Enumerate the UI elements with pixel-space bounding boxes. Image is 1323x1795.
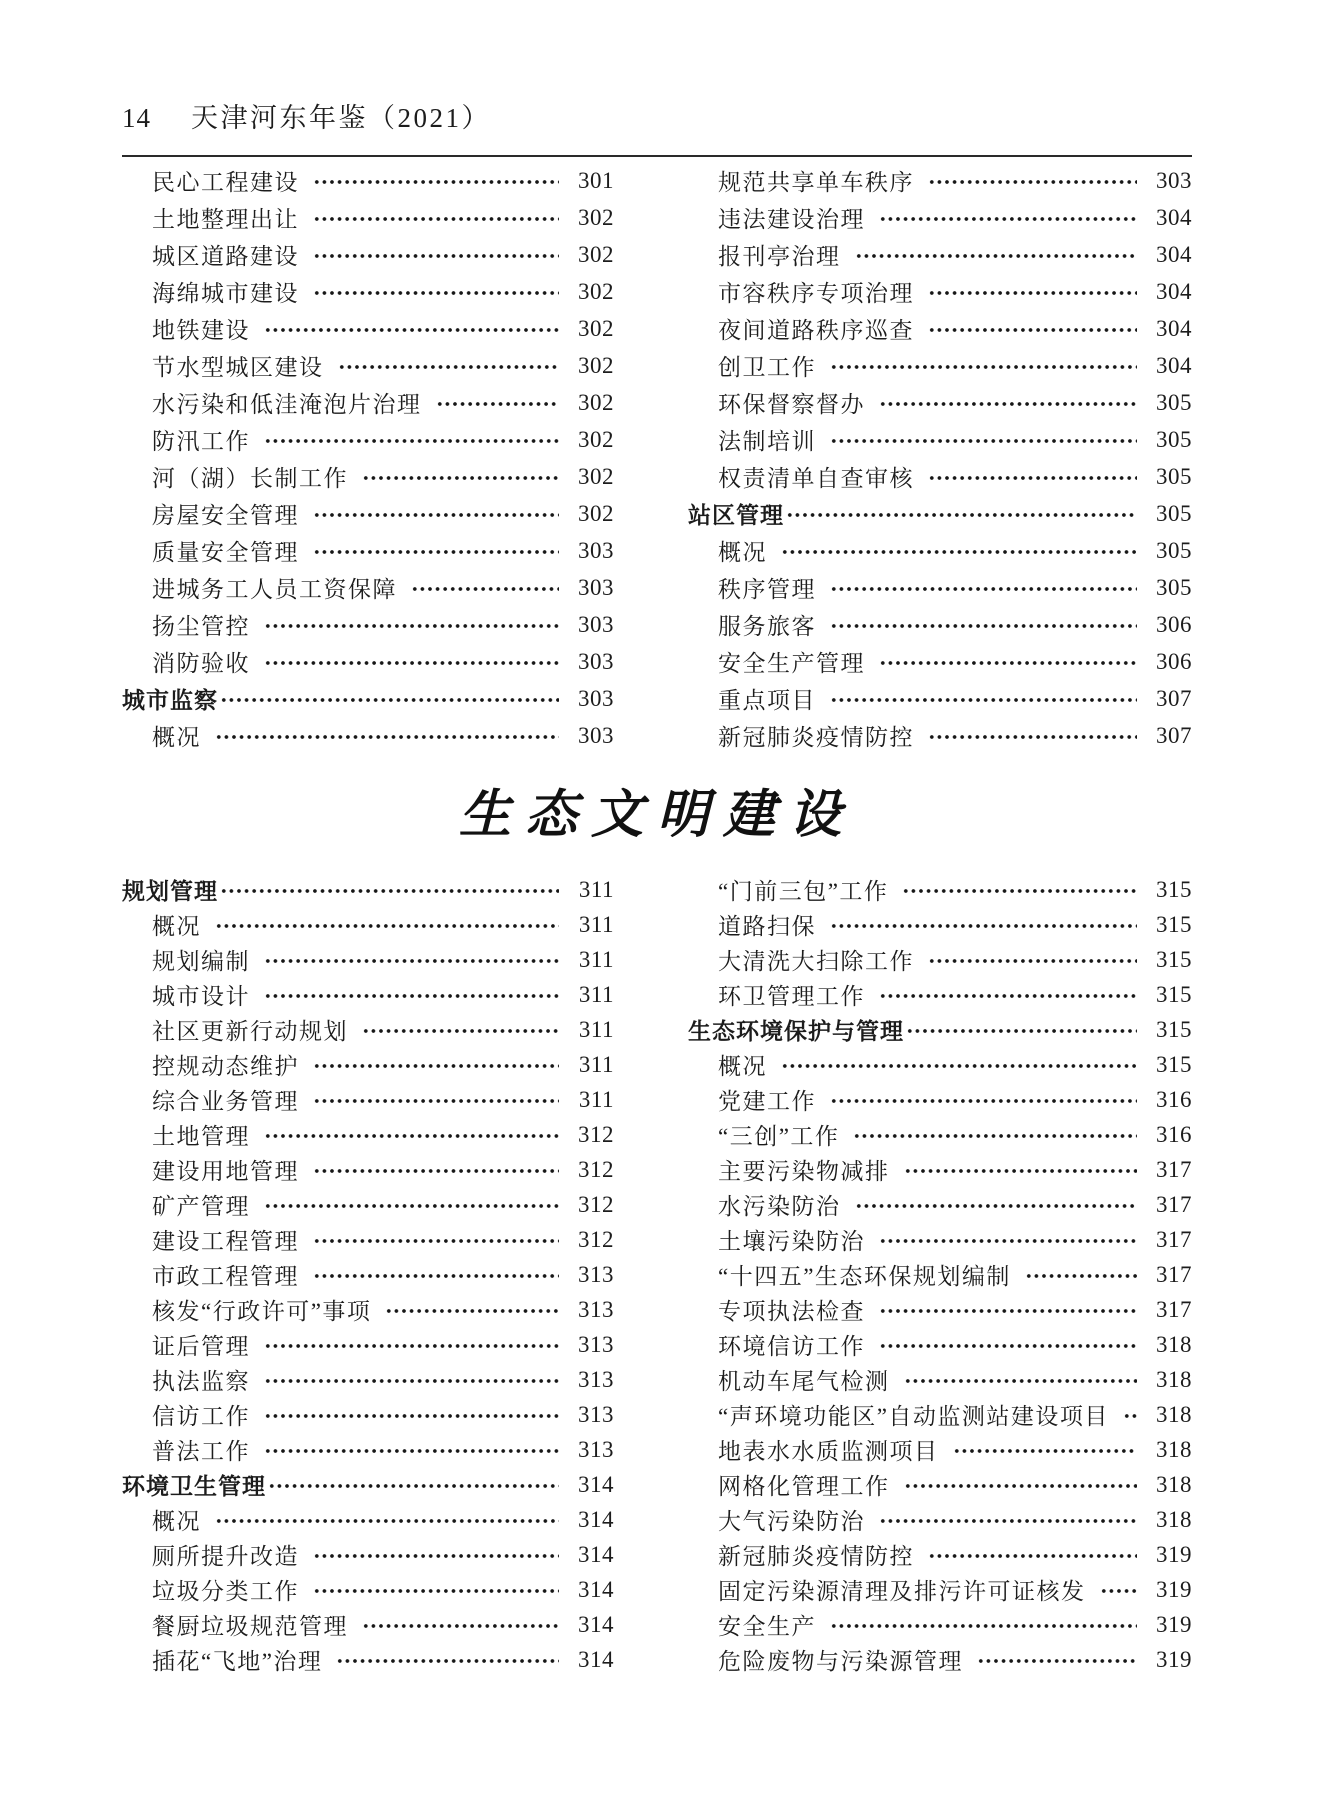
toc-entry: 建设用地管理312 (122, 1152, 614, 1187)
toc-entry: 市容秩序专项治理304 (688, 273, 1192, 310)
toc-entry-label: 夜间道路秩序巡查 (688, 312, 914, 345)
toc-entry: 概况311 (122, 907, 614, 942)
toc-entry-label: 房屋安全管理 (122, 497, 299, 530)
toc-entry: 概况305 (688, 532, 1192, 569)
toc-entry-label: 民心工程建设 (122, 164, 299, 197)
toc-entry-page-number: 311 (568, 947, 614, 973)
toc-entry-page-number: 302 (568, 501, 614, 527)
dot-leader (879, 199, 1137, 236)
toc-entry-page-number: 302 (568, 353, 614, 379)
toc-entry-page-number: 312 (568, 1157, 614, 1183)
dot-leader (313, 273, 559, 310)
toc-entry-label: 专项执法检查 (688, 1293, 865, 1326)
toc-entry-label: 节水型城区建设 (122, 349, 324, 382)
toc-entry-page-number: 303 (568, 723, 614, 749)
toc-entry-label: “门前三包”工作 (688, 873, 888, 906)
dot-leader (1123, 1397, 1137, 1432)
toc-entry: 插花“飞地”治理314 (122, 1642, 614, 1677)
toc-entry: 防汛工作302 (122, 421, 614, 458)
toc-entry-label: 插花“飞地”治理 (122, 1643, 322, 1676)
dot-leader (830, 606, 1137, 643)
toc-entry-page-number: 317 (1146, 1262, 1192, 1288)
toc-entry: 厕所提升改造314 (122, 1537, 614, 1572)
dot-leader (313, 199, 559, 236)
toc-section-head-entry: 规划管理311 (122, 872, 614, 907)
toc-entry-label: 质量安全管理 (122, 534, 299, 567)
toc-entry: 固定污染源清理及排污许可证核发319 (688, 1572, 1192, 1607)
toc-entry-page-number: 302 (568, 279, 614, 305)
toc-entry-label: 核发“行政许可”事项 (122, 1293, 371, 1326)
toc-entry-page-number: 304 (1146, 353, 1192, 379)
toc-entry-page-number: 318 (1146, 1367, 1192, 1393)
toc-entry-label: 违法建设治理 (688, 201, 865, 234)
toc-entry-page-number: 302 (568, 464, 614, 490)
toc-entry: 信访工作313 (122, 1397, 614, 1432)
toc-entry-page-number: 302 (568, 242, 614, 268)
toc-entry: 垃圾分类工作314 (122, 1572, 614, 1607)
dot-leader (264, 1397, 559, 1432)
toc-entry-page-number: 305 (1146, 501, 1192, 527)
toc-entry-page-number: 319 (1146, 1577, 1192, 1603)
toc-entry-label: 权责清单自查审核 (688, 460, 914, 493)
toc-entry: 民心工程建设301 (122, 162, 614, 199)
dot-leader (906, 1012, 1137, 1047)
toc-entry-label: 报刊亭治理 (688, 238, 841, 271)
toc-entry-label: 大清洗大扫除工作 (688, 943, 914, 976)
dot-leader (313, 1257, 559, 1292)
toc-entry-page-number: 303 (568, 686, 614, 712)
dot-leader (313, 1152, 559, 1187)
toc-entry: 网格化管理工作318 (688, 1467, 1192, 1502)
toc-entry: 概况314 (122, 1502, 614, 1537)
dot-leader (313, 532, 559, 569)
toc-entry-page-number: 303 (568, 575, 614, 601)
dot-leader (264, 1327, 559, 1362)
dot-leader (830, 421, 1137, 458)
toc-entry: “门前三包”工作315 (688, 872, 1192, 907)
toc-entry-label: 规划编制 (122, 943, 250, 976)
dot-leader (786, 495, 1137, 532)
toc-entry-page-number: 313 (568, 1332, 614, 1358)
toc-entry-label: 危险废物与污染源管理 (688, 1643, 963, 1676)
toc-entry-label: 大气污染防治 (688, 1503, 865, 1536)
toc-entry: 消防验收303 (122, 643, 614, 680)
toc-entry: 综合业务管理311 (122, 1082, 614, 1117)
toc-entry: 社区更新行动规划311 (122, 1012, 614, 1047)
toc-entry: 夜间道路秩序巡查304 (688, 310, 1192, 347)
toc-entry-label: 信访工作 (122, 1398, 250, 1431)
toc-entry-label: 市容秩序专项治理 (688, 275, 914, 308)
toc-entry-label: 网格化管理工作 (688, 1468, 890, 1501)
toc-entry-label: 控规动态维护 (122, 1048, 299, 1081)
toc-entry-label: 规范共享单车秩序 (688, 164, 914, 197)
dot-leader (268, 1467, 559, 1502)
toc-entry-page-number: 316 (1146, 1122, 1192, 1148)
dot-leader (313, 236, 559, 273)
toc-entry-label: 生态环境保护与管理 (688, 1013, 904, 1046)
toc-entry-page-number: 315 (1146, 912, 1192, 938)
toc-entry: “三创”工作316 (688, 1117, 1192, 1152)
dot-leader (928, 273, 1137, 310)
toc-entry-page-number: 304 (1146, 242, 1192, 268)
toc-entry-label: 扬尘管控 (122, 608, 250, 641)
toc-entry-label: 市政工程管理 (122, 1258, 299, 1291)
dot-leader (830, 569, 1137, 606)
toc-entry-page-number: 311 (568, 877, 614, 903)
toc-entry: “声环境功能区”自动监测站建设项目318 (688, 1397, 1192, 1432)
toc-column-top-right: 规范共享单车秩序303违法建设治理304报刊亭治理304市容秩序专项治理304夜… (688, 162, 1192, 754)
toc-entry: 大气污染防治318 (688, 1502, 1192, 1537)
toc-entry: 进城务工人员工资保障303 (122, 569, 614, 606)
toc-entry-label: 新冠肺炎疫情防控 (688, 1538, 914, 1571)
toc-entry-label: 站区管理 (688, 497, 784, 530)
dot-leader (879, 1502, 1137, 1537)
dot-leader (853, 1117, 1137, 1152)
toc-entry: 违法建设治理304 (688, 199, 1192, 236)
toc-entry: 地铁建设302 (122, 310, 614, 347)
toc-entry-page-number: 303 (568, 649, 614, 675)
toc-entry-page-number: 312 (568, 1122, 614, 1148)
toc-entry-label: 法制培训 (688, 423, 816, 456)
dot-leader (338, 347, 560, 384)
toc-entry-label: 海绵城市建设 (122, 275, 299, 308)
toc-entry: 服务旅客306 (688, 606, 1192, 643)
toc-entry-page-number: 311 (568, 912, 614, 938)
toc-entry-label: 环卫管理工作 (688, 978, 865, 1011)
toc-entry-page-number: 302 (568, 390, 614, 416)
toc-entry-label: 概况 (688, 1048, 767, 1081)
dot-leader (215, 1502, 559, 1537)
toc-entry-label: 城市设计 (122, 978, 250, 1011)
page-header: 14 天津河东年鉴（2021） (122, 96, 1192, 157)
toc-entry-page-number: 317 (1146, 1227, 1192, 1253)
toc-entry: 危险废物与污染源管理319 (688, 1642, 1192, 1677)
toc-section-top: 民心工程建设301土地整理出让302城区道路建设302海绵城市建设302地铁建设… (122, 162, 1192, 754)
dot-leader (879, 1222, 1137, 1257)
dot-leader (928, 942, 1137, 977)
toc-entry-label: 秩序管理 (688, 571, 816, 604)
toc-entry: 道路扫保315 (688, 907, 1192, 942)
dot-leader (220, 680, 559, 717)
toc-entry: 概况315 (688, 1047, 1192, 1082)
toc-entry-page-number: 319 (1146, 1612, 1192, 1638)
dot-leader (781, 532, 1137, 569)
toc-entry-page-number: 314 (568, 1647, 614, 1673)
folio-page-number: 14 (122, 103, 151, 134)
toc-entry: 环保督察督办305 (688, 384, 1192, 421)
dot-leader (904, 1467, 1138, 1502)
toc-entry: 证后管理313 (122, 1327, 614, 1362)
toc-column-top-left: 民心工程建设301土地整理出让302城区道路建设302海绵城市建设302地铁建设… (122, 162, 614, 754)
toc-entry: 报刊亭治理304 (688, 236, 1192, 273)
toc-entry-page-number: 317 (1146, 1157, 1192, 1183)
toc-entry-label: 建设工程管理 (122, 1223, 299, 1256)
toc-entry-label: 环境卫生管理 (122, 1468, 266, 1501)
dot-leader (904, 1362, 1138, 1397)
dot-leader (879, 643, 1137, 680)
toc-entry: 概况303 (122, 717, 614, 754)
toc-entry: 执法监察313 (122, 1362, 614, 1397)
toc-entry: 餐厨垃圾规范管理314 (122, 1607, 614, 1642)
toc-section-head-entry: 环境卫生管理314 (122, 1467, 614, 1502)
section-title: 生态文明建设 (122, 772, 1192, 847)
dot-leader (902, 872, 1137, 907)
toc-entry-page-number: 304 (1146, 316, 1192, 342)
toc-entry-page-number: 314 (568, 1612, 614, 1638)
dot-leader (264, 1362, 559, 1397)
toc-entry-label: 餐厨垃圾规范管理 (122, 1608, 348, 1641)
dot-leader (336, 1642, 559, 1677)
toc-entry-page-number: 313 (568, 1262, 614, 1288)
toc-entry: 新冠肺炎疫情防控307 (688, 717, 1192, 754)
toc-entry-label: 垃圾分类工作 (122, 1573, 299, 1606)
toc-entry: 水污染和低洼淹泡片治理302 (122, 384, 614, 421)
dot-leader (879, 1327, 1137, 1362)
toc-entry-label: 厕所提升改造 (122, 1538, 299, 1571)
dot-leader (830, 1607, 1137, 1642)
toc-entry: 土壤污染防治317 (688, 1222, 1192, 1257)
dot-leader (264, 643, 559, 680)
dot-leader (313, 1082, 559, 1117)
toc-entry-page-number: 318 (1146, 1507, 1192, 1533)
toc-entry-label: 概况 (122, 908, 201, 941)
toc-entry-page-number: 303 (568, 612, 614, 638)
dot-leader (264, 1187, 559, 1222)
toc-entry-page-number: 304 (1146, 279, 1192, 305)
toc-entry: 城区道路建设302 (122, 236, 614, 273)
toc-entry-page-number: 304 (1146, 205, 1192, 231)
dot-leader (264, 310, 559, 347)
toc-entry-page-number: 305 (1146, 464, 1192, 490)
dot-leader (855, 236, 1138, 273)
toc-entry-page-number: 302 (568, 205, 614, 231)
dot-leader (264, 606, 559, 643)
dot-leader (830, 347, 1137, 384)
toc-entry-label: 土地管理 (122, 1118, 250, 1151)
toc-entry-label: 执法监察 (122, 1363, 250, 1396)
toc-entry: 环卫管理工作315 (688, 977, 1192, 1012)
toc-entry-page-number: 307 (1146, 723, 1192, 749)
toc-entry-page-number: 303 (568, 538, 614, 564)
toc-entry-label: 土壤污染防治 (688, 1223, 865, 1256)
book-title: 天津河东年鉴（2021） (191, 96, 491, 135)
toc-entry-page-number: 318 (1146, 1437, 1192, 1463)
toc-entry-label: 普法工作 (122, 1433, 250, 1466)
toc-entry-label: 水污染和低洼淹泡片治理 (122, 386, 422, 419)
dot-leader (830, 1082, 1137, 1117)
toc-entry: 市政工程管理313 (122, 1257, 614, 1292)
toc-entry-page-number: 306 (1146, 612, 1192, 638)
toc-entry-page-number: 311 (568, 1087, 614, 1113)
toc-entry-label: 主要污染物减排 (688, 1153, 890, 1186)
dot-leader (1025, 1257, 1137, 1292)
toc-entry-page-number: 315 (1146, 1052, 1192, 1078)
toc-entry: 节水型城区建设302 (122, 347, 614, 384)
toc-entry: 土地管理312 (122, 1117, 614, 1152)
toc-entry-label: 环保督察督办 (688, 386, 865, 419)
dot-leader (264, 1432, 559, 1467)
toc-entry: 机动车尾气检测318 (688, 1362, 1192, 1397)
dot-leader (362, 1607, 559, 1642)
toc-entry: 建设工程管理312 (122, 1222, 614, 1257)
toc-entry: 城市设计311 (122, 977, 614, 1012)
toc-entry-page-number: 307 (1146, 686, 1192, 712)
toc-entry-page-number: 318 (1146, 1402, 1192, 1428)
dot-leader (215, 717, 559, 754)
toc-entry: 创卫工作304 (688, 347, 1192, 384)
toc-entry: 矿产管理312 (122, 1187, 614, 1222)
dot-leader (220, 872, 559, 907)
toc-entry-page-number: 316 (1146, 1087, 1192, 1113)
dot-leader (313, 495, 559, 532)
dot-leader (313, 1537, 559, 1572)
toc-entry-label: 道路扫保 (688, 908, 816, 941)
dot-leader (830, 680, 1137, 717)
toc-entry-page-number: 311 (568, 982, 614, 1008)
dot-leader (264, 1117, 559, 1152)
toc-entry-page-number: 313 (568, 1402, 614, 1428)
dot-leader (1100, 1572, 1138, 1607)
toc-entry-label: 安全生产管理 (688, 645, 865, 678)
toc-entry-label: 固定污染源清理及排污许可证核发 (688, 1573, 1086, 1606)
toc-entry-page-number: 319 (1146, 1542, 1192, 1568)
toc-entry-page-number: 303 (1146, 168, 1192, 194)
toc-entry-label: 土地整理出让 (122, 201, 299, 234)
toc-entry-page-number: 317 (1146, 1192, 1192, 1218)
dot-leader (904, 1152, 1138, 1187)
toc-entry: 主要污染物减排317 (688, 1152, 1192, 1187)
dot-leader (830, 907, 1137, 942)
toc-entry: 环境信访工作318 (688, 1327, 1192, 1362)
dot-leader (385, 1292, 559, 1327)
toc-entry-label: 创卫工作 (688, 349, 816, 382)
dot-leader (928, 458, 1137, 495)
toc-entry: 控规动态维护311 (122, 1047, 614, 1082)
toc-entry-label: 概况 (688, 534, 767, 567)
dot-leader (781, 1047, 1137, 1082)
toc-entry-label: 规划管理 (122, 873, 218, 906)
toc-entry-label: 社区更新行动规划 (122, 1013, 348, 1046)
toc-entry-page-number: 313 (568, 1297, 614, 1323)
toc-entry: 规划编制311 (122, 942, 614, 977)
toc-entry-page-number: 313 (568, 1437, 614, 1463)
toc-entry-label: 安全生产 (688, 1608, 816, 1641)
dot-leader (436, 384, 560, 421)
toc-entry: 房屋安全管理302 (122, 495, 614, 532)
dot-leader (264, 421, 559, 458)
dot-leader (313, 162, 559, 199)
toc-entry-page-number: 305 (1146, 390, 1192, 416)
toc-entry: 核发“行政许可”事项313 (122, 1292, 614, 1327)
toc-entry-label: 证后管理 (122, 1328, 250, 1361)
toc-entry-label: 党建工作 (688, 1083, 816, 1116)
toc-entry-page-number: 315 (1146, 947, 1192, 973)
dot-leader (977, 1642, 1137, 1677)
toc-entry-page-number: 315 (1146, 1017, 1192, 1043)
toc-entry-page-number: 302 (568, 316, 614, 342)
toc-section-head-entry: 生态环境保护与管理315 (688, 1012, 1192, 1047)
toc-entry: 安全生产319 (688, 1607, 1192, 1642)
toc-entry-page-number: 314 (568, 1542, 614, 1568)
toc-entry-page-number: 315 (1146, 877, 1192, 903)
dot-leader (362, 458, 559, 495)
toc-entry-page-number: 305 (1146, 538, 1192, 564)
dot-leader (928, 310, 1137, 347)
toc-entry: 土地整理出让302 (122, 199, 614, 236)
toc-entry-label: 防汛工作 (122, 423, 250, 456)
yearbook-toc-page: 14 天津河东年鉴（2021） 民心工程建设301土地整理出让302城区道路建设… (0, 0, 1323, 1795)
toc-entry: 权责清单自查审核305 (688, 458, 1192, 495)
toc-entry-label: 城区道路建设 (122, 238, 299, 271)
toc-entry-label: 环境信访工作 (688, 1328, 865, 1361)
toc-entry-page-number: 315 (1146, 982, 1192, 1008)
toc-entry: 海绵城市建设302 (122, 273, 614, 310)
dot-leader (313, 1222, 559, 1257)
toc-entry-label: 机动车尾气检测 (688, 1363, 890, 1396)
toc-entry-page-number: 311 (568, 1017, 614, 1043)
toc-section-head-entry: 站区管理305 (688, 495, 1192, 532)
toc-entry-label: “十四五”生态环保规划编制 (688, 1258, 1011, 1291)
toc-entry-page-number: 313 (568, 1367, 614, 1393)
toc-entry-page-number: 305 (1146, 575, 1192, 601)
toc-entry-label: 城市监察 (122, 682, 218, 715)
toc-entry: 水污染防治317 (688, 1187, 1192, 1222)
dot-leader (879, 1292, 1137, 1327)
toc-entry-page-number: 319 (1146, 1647, 1192, 1673)
toc-entry-label: 地铁建设 (122, 312, 250, 345)
toc-entry-label: 水污染防治 (688, 1188, 841, 1221)
toc-entry-page-number: 318 (1146, 1472, 1192, 1498)
toc-entry-page-number: 314 (568, 1577, 614, 1603)
toc-entry: 质量安全管理303 (122, 532, 614, 569)
dot-leader (362, 1012, 559, 1047)
toc-entry-label: 新冠肺炎疫情防控 (688, 719, 914, 752)
toc-entry-page-number: 318 (1146, 1332, 1192, 1358)
dot-leader (264, 942, 559, 977)
toc-column-bottom-left: 规划管理311概况311规划编制311城市设计311社区更新行动规划311控规动… (122, 872, 614, 1677)
toc-entry: “十四五”生态环保规划编制317 (688, 1257, 1192, 1292)
toc-entry-label: 进城务工人员工资保障 (122, 571, 397, 604)
toc-entry-label: “声环境功能区”自动监测站建设项目 (688, 1398, 1109, 1431)
dot-leader (313, 1047, 559, 1082)
dot-leader (879, 384, 1137, 421)
toc-entry-label: “三创”工作 (688, 1118, 839, 1151)
toc-entry-label: 概况 (122, 1503, 201, 1536)
toc-entry: 大清洗大扫除工作315 (688, 942, 1192, 977)
toc-entry: 安全生产管理306 (688, 643, 1192, 680)
toc-entry-label: 消防验收 (122, 645, 250, 678)
dot-leader (928, 717, 1137, 754)
toc-entry-label: 综合业务管理 (122, 1083, 299, 1116)
toc-entry-page-number: 312 (568, 1227, 614, 1253)
toc-entry: 新冠肺炎疫情防控319 (688, 1537, 1192, 1572)
toc-entry-page-number: 305 (1146, 427, 1192, 453)
dot-leader (855, 1187, 1138, 1222)
dot-leader (411, 569, 559, 606)
toc-entry-page-number: 314 (568, 1472, 614, 1498)
toc-entry-page-number: 301 (568, 168, 614, 194)
dot-leader (953, 1432, 1138, 1467)
toc-entry-page-number: 314 (568, 1507, 614, 1533)
toc-entry-page-number: 306 (1146, 649, 1192, 675)
toc-entry: 地表水水质监测项目318 (688, 1432, 1192, 1467)
toc-entry: 重点项目307 (688, 680, 1192, 717)
toc-entry: 规范共享单车秩序303 (688, 162, 1192, 199)
toc-entry-label: 地表水水质监测项目 (688, 1433, 939, 1466)
toc-entry-label: 建设用地管理 (122, 1153, 299, 1186)
dot-leader (928, 162, 1137, 199)
dot-leader (879, 977, 1137, 1012)
